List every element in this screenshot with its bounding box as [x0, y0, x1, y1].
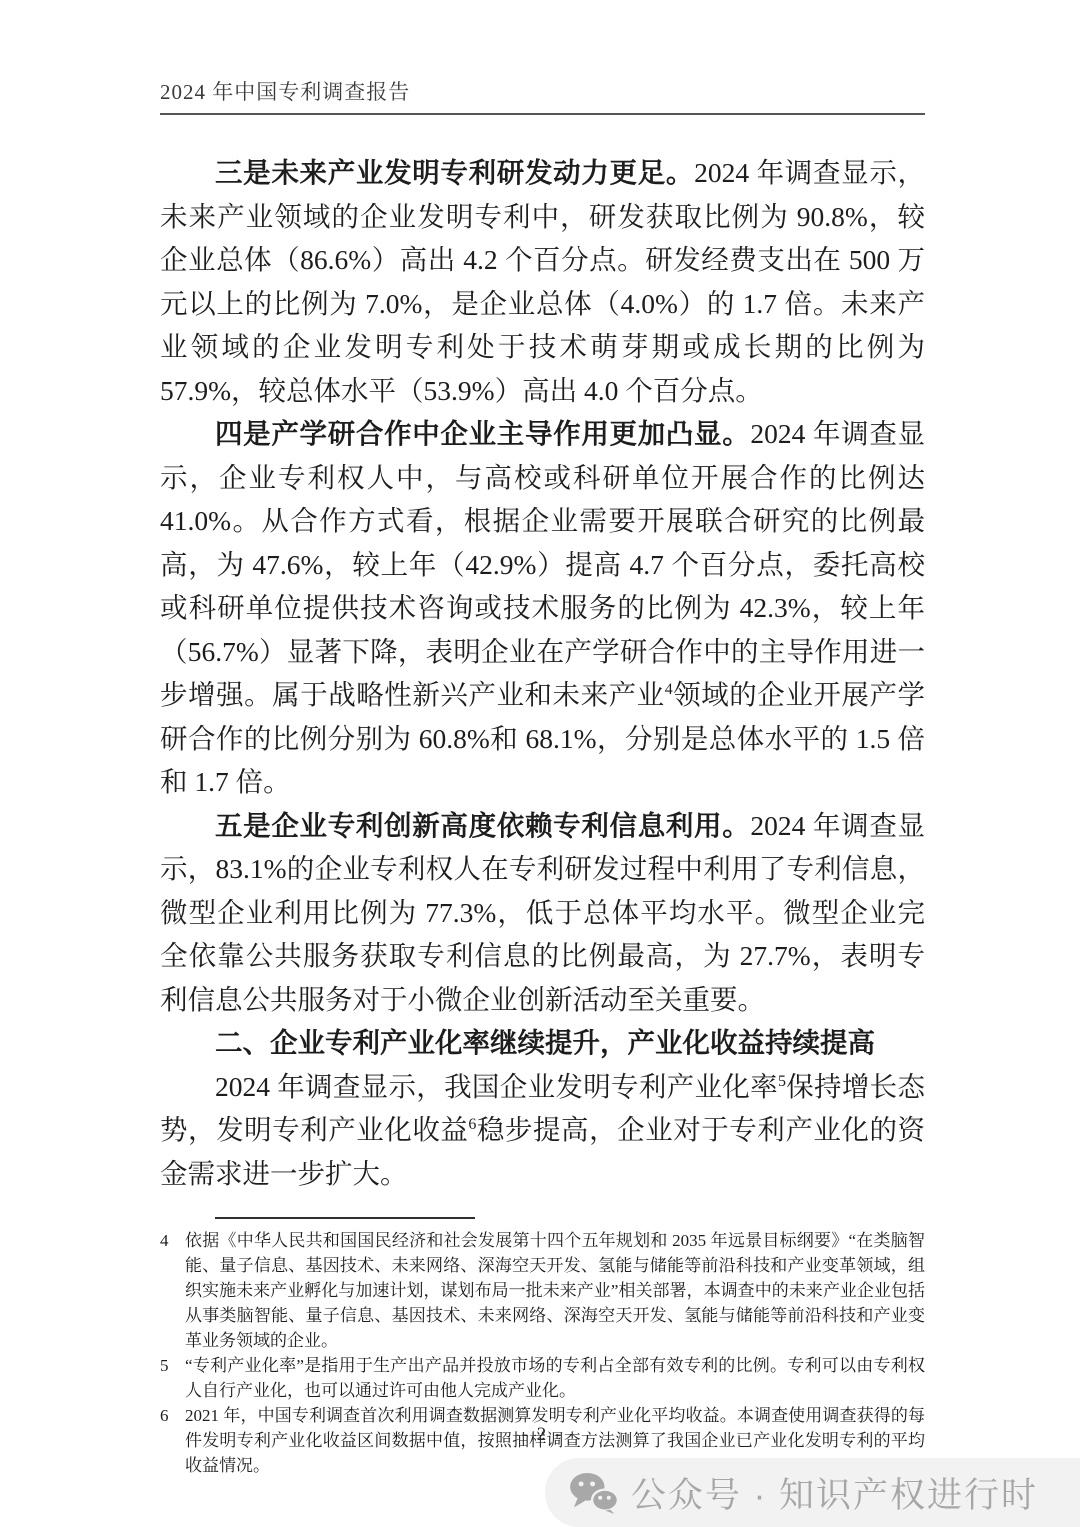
paragraph-four-lead: 四是产学研合作中企业主导作用更加凸显。 [215, 418, 750, 449]
footnote-item: 4 依据《中华人民共和国国民经济和社会发展第十四个五年规划和 2035 年远景目… [160, 1228, 925, 1353]
footnote-number: 4 [160, 1228, 185, 1353]
paragraph-four-text-1: 2024 年调查显示，企业专利权人中，与高校或科研单位开展合作的比例达 41.0… [160, 418, 925, 710]
wechat-icon [569, 1472, 619, 1514]
footnote-text: “专利产业化率”是指用于生产出产品并投放市场的专利占全部有效专利的比例。专利可以… [185, 1353, 925, 1403]
footnote-ref-5: 5 [778, 1072, 786, 1089]
footnote-text: 依据《中华人民共和国国民经济和社会发展第十四个五年规划和 2035 年远景目标纲… [185, 1228, 925, 1353]
footnote-number: 5 [160, 1353, 185, 1403]
footnote-ref-4: 4 [665, 681, 673, 698]
footnote-item: 5 “专利产业化率”是指用于生产出产品并投放市场的专利占全部有效专利的比例。专利… [160, 1353, 925, 1403]
paragraph-three-lead: 三是未来产业发明专利研发动力更足。 [215, 157, 694, 188]
document-body: 三是未来产业发明专利研发动力更足。2024 年调查显示，未来产业领域的企业发明专… [160, 151, 925, 1195]
section-heading: 二、企业专利产业化率继续提升，产业化收益持续提高 [160, 1021, 925, 1065]
footnote-divider [215, 1217, 475, 1219]
watermark-text: 公众号 · 知识产权进行时 [631, 1468, 1038, 1518]
page-header: 2024 年中国专利调查报告 [160, 0, 925, 115]
header-title: 2024 年中国专利调查报告 [160, 76, 925, 115]
paragraph-six: 2024 年调查显示，我国企业发明专利产业化率5保持增长态势，发明专利产业化收益… [160, 1065, 925, 1196]
paragraph-five: 五是企业专利创新高度依赖专利信息利用。2024 年调查显示，83.1%的企业专利… [160, 804, 925, 1022]
paragraph-five-lead: 五是企业专利创新高度依赖专利信息利用。 [215, 810, 750, 841]
paragraph-three-text: 2024 年调查显示，未来产业领域的企业发明专利中，研发获取比例为 90.8%，… [160, 157, 925, 406]
paragraph-four: 四是产学研合作中企业主导作用更加凸显。2024 年调查显示，企业专利权人中，与高… [160, 412, 925, 804]
watermark: 公众号 · 知识产权进行时 [545, 1458, 1080, 1527]
page-number: - 2 - [160, 1424, 925, 1446]
paragraph-six-text-1: 2024 年调查显示，我国企业发明专利产业化率 [215, 1071, 778, 1102]
document-page: 2024 年中国专利调查报告 三是未来产业发明专利研发动力更足。2024 年调查… [0, 0, 1080, 1527]
paragraph-three: 三是未来产业发明专利研发动力更足。2024 年调查显示，未来产业领域的企业发明专… [160, 151, 925, 412]
